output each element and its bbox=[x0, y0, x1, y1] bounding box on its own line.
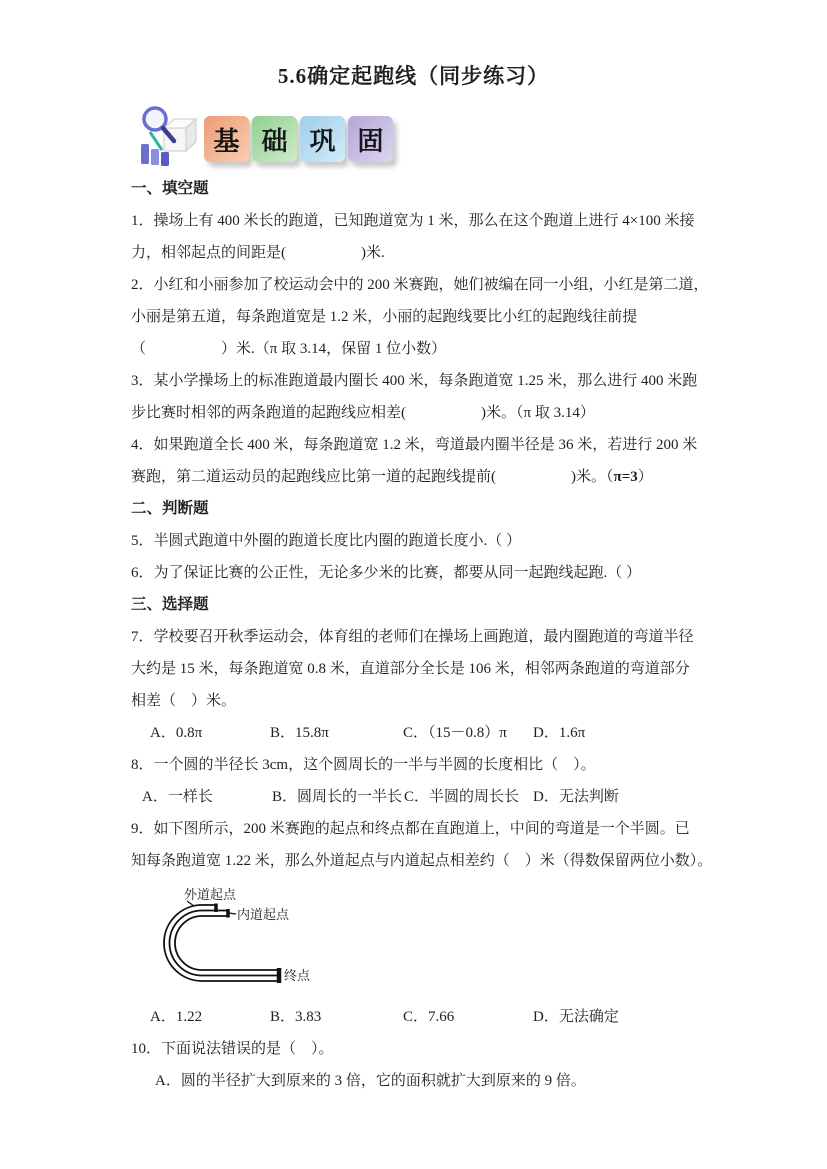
magnifier-blocks-icon bbox=[138, 104, 198, 170]
option-c: C．7.66 bbox=[403, 1001, 533, 1033]
option-d: D．1.6π bbox=[533, 717, 585, 749]
question-3: 3．某小学操场上的标准跑道最内圈长 400 米，每条跑道宽 1.25 米，那么进… bbox=[131, 365, 697, 429]
banner-tile: 固 bbox=[348, 116, 393, 162]
question-2: 2．小红和小丽参加了校运动会中的 200 米赛跑，她们被编在同一小组，小红是第二… bbox=[131, 269, 697, 365]
banner-tile: 础 bbox=[252, 116, 297, 162]
option-d: D．无法判断 bbox=[533, 781, 619, 813]
question-line: 大约是 15 米，每条跑道宽 0.8 米，直道部分全长是 106 米，相邻两条跑… bbox=[131, 653, 697, 685]
question-line: 1．操场上有 400 米长的跑道，已知跑道宽为 1 米，那么在这个跑道上进行 4… bbox=[131, 205, 697, 237]
worksheet-body: 一、填空题 1．操场上有 400 米长的跑道，已知跑道宽为 1 米，那么在这个跑… bbox=[131, 173, 697, 1097]
question-line: （ ）米.（π 取 3.14，保留 1 位小数） bbox=[131, 333, 697, 365]
question-10: 10．下面说法错误的是（ ）。 A．圆的半径扩大到原来的 3 倍，它的面积就扩大… bbox=[131, 1033, 697, 1097]
question-line: 4．如果跑道全长 400 米，每条跑道宽 1.2 米，弯道最内圈半径是 36 米… bbox=[131, 429, 697, 461]
options-row: A．1.22 B．3.83 C．7.66 D．无法确定 bbox=[131, 1001, 697, 1033]
tile-label: 基 bbox=[213, 121, 239, 158]
question-line: 8．一个圆的半径长 3cm，这个圆周长的一半与半圆的长度相比（ ）。 bbox=[131, 749, 697, 781]
section-heading-choice: 三、选择题 bbox=[131, 589, 697, 621]
option-c: C．半圆的周长长 bbox=[404, 781, 533, 813]
option-d: D．无法确定 bbox=[533, 1001, 619, 1033]
banner-tile: 基 bbox=[204, 116, 249, 162]
question-line: 相差（ ）米。 bbox=[131, 685, 697, 717]
option-b: B．圆周长的一半长 bbox=[272, 781, 404, 813]
options-row: A．一样长 B．圆周长的一半长 C．半圆的周长长 D．无法判断 bbox=[131, 781, 697, 813]
question-line: 赛跑，第二道运动员的起跑线应比第一道的起跑线提前( )米。（π=3） bbox=[131, 461, 697, 493]
question-9: 9．如下图所示，200 米赛跑的起点和终点都在直跑道上，中间的弯道是一个半圆。已… bbox=[131, 813, 697, 1033]
option-b: B．15.8π bbox=[270, 717, 403, 749]
worksheet-title: 5.6确定起跑线（同步练习） bbox=[0, 60, 827, 90]
question-5: 5．半圆式跑道中外圈的跑道长度比内圈的跑道长度小.（ ） bbox=[131, 525, 697, 557]
question-line: 2．小红和小丽参加了校运动会中的 200 米赛跑，她们被编在同一小组，小红是第二… bbox=[131, 269, 697, 301]
option-c: C．（15－0.8）π bbox=[403, 717, 533, 749]
tile-label: 础 bbox=[261, 121, 287, 158]
section-heading-fill: 一、填空题 bbox=[131, 173, 697, 205]
question-text: 赛跑，第二道运动员的起跑线应比第一道的起跑线提前( )米。（ bbox=[131, 469, 614, 485]
option-a: A．一样长 bbox=[142, 781, 272, 813]
question-text: ） bbox=[638, 469, 653, 485]
pi-value-note: π=3 bbox=[614, 469, 638, 485]
banner-tiles: 基 础 巩 固 bbox=[204, 116, 393, 162]
question-line: 10．下面说法错误的是（ ）。 bbox=[131, 1033, 697, 1065]
question-line: 力，相邻起点的间距是( )米. bbox=[131, 237, 697, 269]
question-line: 7．学校要召开秋季运动会，体育组的老师们在操场上画跑道，最内圈跑道的弯道半径 bbox=[131, 621, 697, 653]
question-line: 步比赛时相邻的两条跑道的起跑线应相差( )米。（π 取 3.14） bbox=[131, 397, 697, 429]
question-line: 9．如下图所示，200 米赛跑的起点和终点都在直跑道上，中间的弯道是一个半圆。已 bbox=[131, 813, 697, 845]
track-diagram: 外道起点 内道起点 终点 bbox=[140, 887, 400, 991]
question-line: 3．某小学操场上的标准跑道最内圈长 400 米，每条跑道宽 1.25 米，那么进… bbox=[131, 365, 697, 397]
banner: 基 础 巩 固 bbox=[138, 104, 393, 170]
option-a: A．0.8π bbox=[150, 717, 270, 749]
question-line: 知每条跑道宽 1.22 米，那么外道起点与内道起点相差约（ ）米（得数保留两位小… bbox=[131, 845, 697, 877]
tile-label: 巩 bbox=[309, 121, 335, 158]
question-6: 6．为了保证比赛的公正性，无论多少米的比赛，都要从同一起跑线起跑.（ ） bbox=[131, 557, 697, 589]
question-line: 小丽是第五道，每条跑道宽是 1.2 米，小丽的起跑线要比小红的起跑线往前提 bbox=[131, 301, 697, 333]
question-7: 7．学校要召开秋季运动会，体育组的老师们在操场上画跑道，最内圈跑道的弯道半径 大… bbox=[131, 621, 697, 749]
tile-label: 固 bbox=[357, 121, 383, 158]
worksheet-page: 5.6确定起跑线（同步练习） 基 础 巩 固 一、填空题 1．操场上有 4 bbox=[0, 0, 827, 1169]
banner-tile: 巩 bbox=[300, 116, 345, 162]
question-4: 4．如果跑道全长 400 米，每条跑道宽 1.2 米，弯道最内圈半径是 36 米… bbox=[131, 429, 697, 493]
option-b: B．3.83 bbox=[270, 1001, 403, 1033]
outer-start-label: 外道起点 bbox=[184, 887, 237, 902]
finish-label: 终点 bbox=[284, 968, 311, 983]
question-1: 1．操场上有 400 米长的跑道，已知跑道宽为 1 米，那么在这个跑道上进行 4… bbox=[131, 205, 697, 269]
question-8: 8．一个圆的半径长 3cm，这个圆周长的一半与半圆的长度相比（ ）。 A．一样长… bbox=[131, 749, 697, 813]
section-heading-judge: 二、判断题 bbox=[131, 493, 697, 525]
inner-start-label: 内道起点 bbox=[237, 907, 290, 922]
options-row: A．0.8π B．15.8π C．（15－0.8）π D．1.6π bbox=[131, 717, 697, 749]
option-a: A．1.22 bbox=[150, 1001, 270, 1033]
option-a: A．圆的半径扩大到原来的 3 倍，它的面积就扩大到原来的 9 倍。 bbox=[155, 1065, 697, 1097]
